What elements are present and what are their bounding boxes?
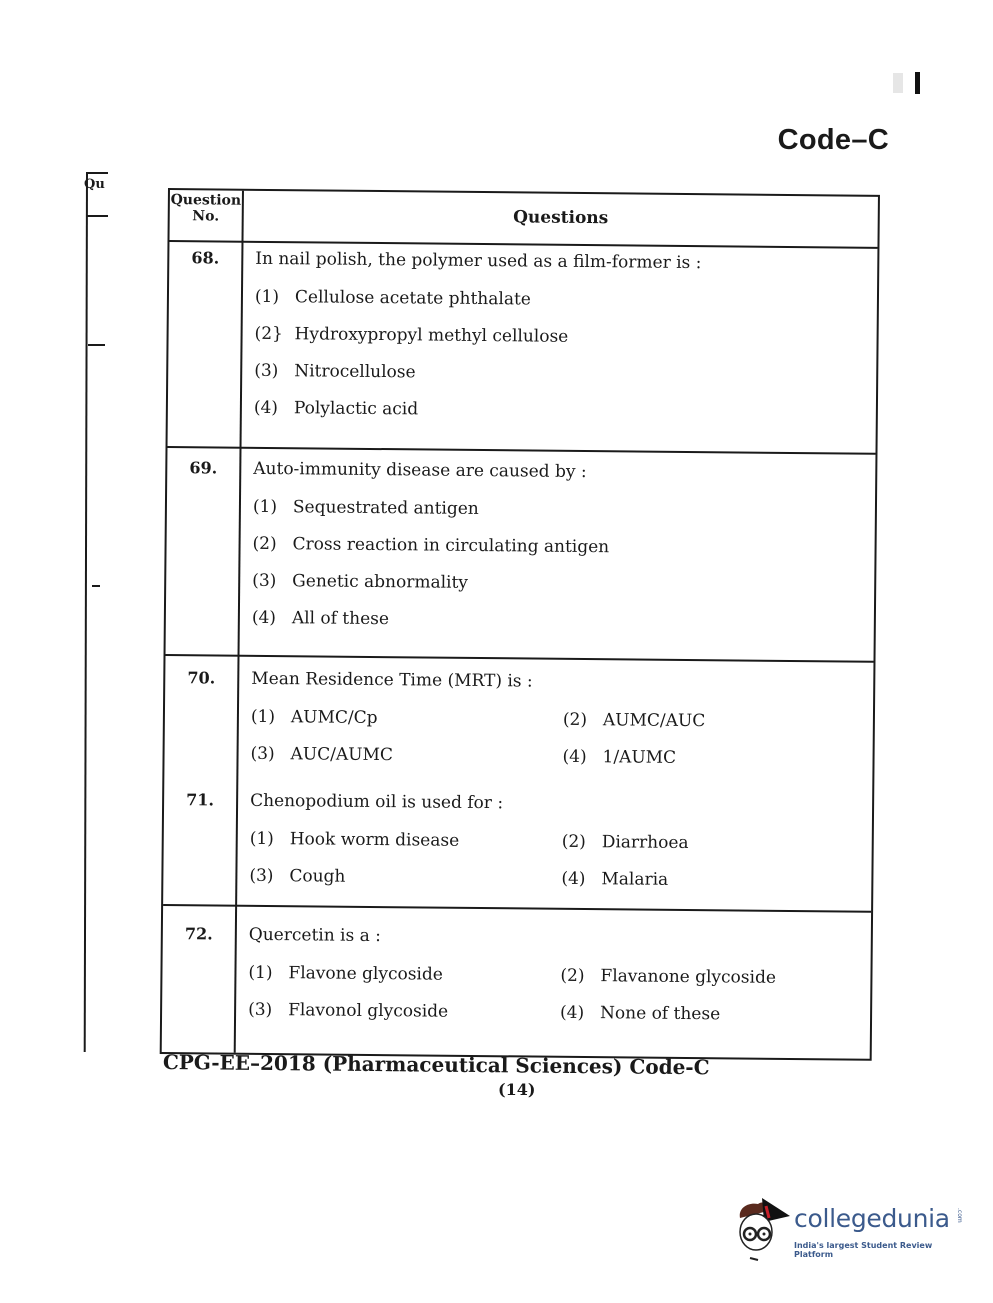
row-divider [168, 446, 876, 455]
option-item: (3)Flavonol glycoside [248, 1000, 448, 1022]
brand-name: collegedunia [794, 1204, 950, 1233]
option-item: (4)All of these [252, 608, 389, 629]
header-questions: Questions [244, 205, 878, 231]
brand-tagline: India's largest Student Review Platform [794, 1241, 974, 1259]
collegedunia-logo: collegedunia .com India's largest Studen… [734, 1196, 974, 1266]
option-item: (2)Flavanone glycoside [560, 966, 776, 988]
question-text: Quercetin is a : [249, 925, 381, 946]
header-divider [169, 240, 877, 249]
row-divider [163, 904, 871, 913]
option-item: (2)Diarrhoea [562, 832, 689, 853]
adjacent-page-rule [88, 344, 105, 346]
option-item: (3)AUC/AUMC [250, 744, 393, 765]
option-item: (4)1/AUMC [562, 747, 676, 768]
brand-domain: .com [956, 1208, 963, 1223]
option-item: (3)Cough [249, 866, 345, 887]
question-text: In nail polish, the polymer used as a fi… [255, 249, 701, 273]
option-item: (1)Cellulose acetate phthalate [255, 287, 531, 310]
question-text: Mean Residence Time (MRT) is : [251, 669, 533, 692]
question-text: Chenopodium oil is used for : [250, 791, 503, 813]
option-item: (4)Polylactic acid [254, 398, 418, 420]
adjacent-page-border [84, 172, 88, 1052]
header-question-no: Question No. [170, 192, 242, 225]
row-divider [166, 654, 874, 663]
option-item: (1)Sequestrated antigen [253, 497, 479, 519]
option-item: (1)Flavone glycoside [248, 963, 443, 985]
option-item: (4)None of these [560, 1003, 720, 1025]
option-item: (1)Hook worm disease [250, 829, 460, 851]
question-number: 69. [167, 458, 239, 478]
page-code-header: Code–C [778, 124, 889, 157]
adjacent-page-text: Qu [84, 177, 105, 192]
scan-mark-light [893, 73, 903, 93]
question-text: Auto-immunity disease are caused by : [253, 459, 587, 482]
question-number: 72. [163, 924, 235, 944]
question-table: Question No. Questions 68. In nail polis… [160, 188, 882, 1063]
option-item: (2}Hydroxypropyl methyl cellulose [255, 324, 569, 347]
mascot-icon [734, 1196, 794, 1266]
header-question-no-line1: Question [170, 192, 242, 209]
column-divider [234, 191, 244, 1053]
page-number: (14) [498, 1080, 535, 1099]
header-question-no-line2: No. [170, 208, 242, 225]
option-item: (2)Cross reaction in circulating antigen [252, 534, 609, 557]
option-item: (2)AUMC/AUC [563, 710, 706, 731]
question-number: 70. [165, 668, 237, 688]
option-item: (4)Malaria [561, 869, 668, 890]
question-number: 68. [169, 248, 241, 268]
option-item: (1)AUMC/Cp [251, 707, 378, 728]
adjacent-page-rule [86, 172, 108, 174]
adjacent-page-rule [86, 215, 108, 217]
option-item: (3)Genetic abnormality [252, 571, 468, 593]
option-item: (3)Nitrocellulose [254, 361, 416, 383]
scan-mark-dark [915, 72, 920, 94]
question-number: 71. [164, 790, 236, 810]
adjacent-page-rule [92, 585, 100, 587]
exam-code-footer: CPG-EE–2018 (Pharmaceutical Sciences) Co… [163, 1050, 710, 1079]
